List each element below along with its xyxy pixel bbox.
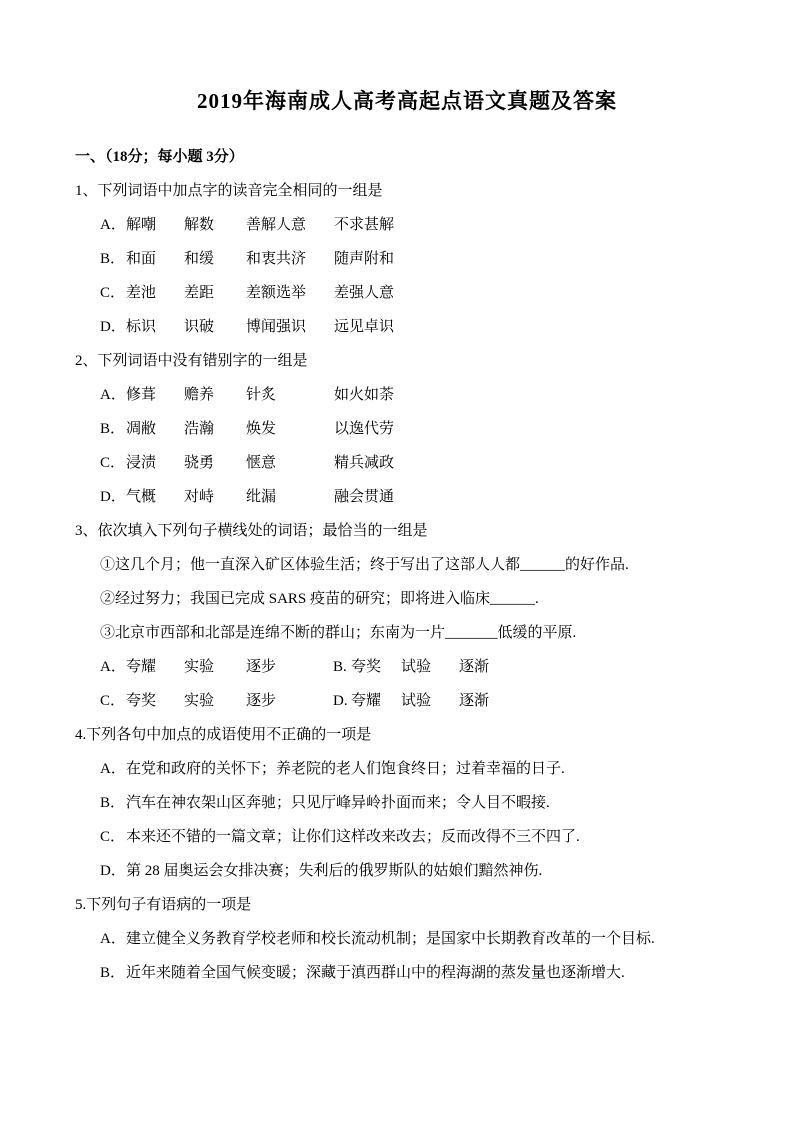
question-4-option-d: D．第 28 届奥运会女排决赛；失利后的俄罗斯队的姑娘们黯然神伤. [75,854,739,888]
option-word: 差强人意 [334,285,394,301]
option-word: 差距 [184,276,246,310]
question-5-stem: 5.下列句子有语病的一项是 [75,888,739,922]
title-spacer [75,114,739,140]
option-word: 远见卓识 [334,319,394,335]
option-text: 在党和政府的关怀下；养老院的老人们饱食终日；过着幸福的日子. [126,761,565,777]
option-label: B. [333,650,351,684]
question-number: 3、 [75,523,98,539]
option-word: 以逸代劳 [334,421,394,437]
question-2-stem: 2、下列词语中没有错别字的一组是 [75,344,739,378]
question-number: 4. [75,727,86,743]
option-word: 善解人意 [246,208,334,242]
question-3-stem: 3、依次填入下列句子横线处的词语；最恰当的一组是 [75,514,739,548]
section-heading: 一、（18分；每小题 3分） [75,140,739,174]
option-word: 骁勇 [184,446,246,480]
option-word: 逐步 [246,659,276,675]
option-word: 博闻强识 [246,310,334,344]
question-text: 依次填入下列句子横线处的词语；最恰当的一组是 [98,523,428,539]
option-word: 对峙 [184,480,246,514]
question-3-options-row-ab: A．夸耀实验逐步B.夸奖试验逐渐 [75,650,739,684]
question-number: 1、 [75,183,98,199]
option-word: 试验 [401,684,459,718]
question-text: 下列各句中加点的成语使用不正确的一项是 [86,727,371,743]
question-4-stem: 4.下列各句中加点的成语使用不正确的一项是 [75,718,739,752]
question-3-sentence-2: ②经过努力；我国已完成 SARS 疫苗的研究；即将进入临床______. [75,582,739,616]
question-1-option-d: D．标识识破博闻强识远见卓识 [75,310,739,344]
option-label: A． [100,378,126,412]
option-text: 近年来随着全国气候变暖；深藏于滇西群山中的程海湖的蒸发量也逐渐增大. [126,965,625,981]
page-title: 2019年海南成人高考高起点语文真题及答案 [75,88,739,114]
option-word: 试验 [401,650,459,684]
question-5: 5.下列句子有语病的一项是 A．建立健全义务教育学校老师和校长流动机制；是国家中… [75,888,739,990]
option-word: 修葺 [126,378,184,412]
option-word: 焕发 [246,412,334,446]
option-label: B． [100,242,126,276]
question-3: 3、依次填入下列句子横线处的词语；最恰当的一组是 ①这几个月；他一直深入矿区体验… [75,514,739,718]
option-word: 和面 [126,242,184,276]
option-word: 不求甚解 [334,217,394,233]
question-3-options-row-cd: C．夸奖实验逐步D.夸耀试验逐渐 [75,684,739,718]
option-text: 第 28 届奥运会女排决赛；失利后的俄罗斯队的姑娘们黯然神伤. [126,863,542,879]
question-5-option-a: A．建立健全义务教育学校老师和校长流动机制；是国家中长期教育改革的一个目标. [75,922,739,956]
option-word: 浸渍 [126,446,184,480]
question-3-option-b: B.夸奖试验逐渐 [333,659,489,675]
question-text: 下列词语中加点字的读音完全相同的一组是 [98,183,383,199]
option-text: 本来还不错的一篇文章；让你们这样改来改去；反而改得不三不四了. [126,829,580,845]
exam-document-page: 2019年海南成人高考高起点语文真题及答案 一、（18分；每小题 3分） 1、下… [0,0,794,1123]
option-label: B． [100,786,126,820]
option-label: C． [100,684,126,718]
question-4-option-c: C．本来还不错的一篇文章；让你们这样改来改去；反而改得不三不四了. [75,820,739,854]
question-3-sentence-3: ③北京市西部和北部是连绵不断的群山；东南为一片_______低缓的平原. [75,616,739,650]
option-word: 夸奖 [351,650,401,684]
question-1-option-a: A．解嘲解数善解人意不求甚解 [75,208,739,242]
option-word: 赡养 [184,378,246,412]
option-label: C． [100,276,126,310]
question-3-option-d: D.夸耀试验逐渐 [333,693,489,709]
option-word: 融会贯通 [334,489,394,505]
option-text: 建立健全义务教育学校老师和校长流动机制；是国家中长期教育改革的一个目标. [126,931,655,947]
option-word: 夸耀 [351,684,401,718]
option-word: 随声附和 [334,251,394,267]
option-word: 纰漏 [246,480,334,514]
question-1: 1、下列词语中加点字的读音完全相同的一组是 A．解嘲解数善解人意不求甚解 B．和… [75,174,739,344]
question-4-option-a: A．在党和政府的关怀下；养老院的老人们饱食终日；过着幸福的日子. [75,752,739,786]
question-1-option-b: B．和面和缓和衷共济随声附和 [75,242,739,276]
option-label: A． [100,650,126,684]
question-2-option-a: A．修葺赡养针炙如火如荼 [75,378,739,412]
option-label: A． [100,208,126,242]
question-2: 2、下列词语中没有错别字的一组是 A．修葺赡养针炙如火如荼 B．凋敝浩瀚焕发以逸… [75,344,739,514]
option-word: 和缓 [184,242,246,276]
question-text: 下列词语中没有错别字的一组是 [98,353,308,369]
option-word: 夸奖 [126,684,184,718]
question-2-option-b: B．凋敝浩瀚焕发以逸代劳 [75,412,739,446]
question-text: 下列句子有语病的一项是 [86,897,251,913]
option-word: 标识 [126,310,184,344]
question-number: 5. [75,897,86,913]
option-word: 浩瀚 [184,412,246,446]
option-word: 如火如荼 [334,387,394,403]
option-label: D． [100,480,126,514]
option-word: 解数 [184,208,246,242]
option-word: 实验 [184,650,246,684]
question-3-option-a: A．夸耀实验逐步 [100,650,333,684]
question-1-option-c: C．差池差距差额选举差强人意 [75,276,739,310]
question-1-stem: 1、下列词语中加点字的读音完全相同的一组是 [75,174,739,208]
option-label: D. [333,684,351,718]
option-word: 气概 [126,480,184,514]
option-label: B． [100,956,126,990]
option-word: 和衷共济 [246,242,334,276]
option-word: 差额选举 [246,276,334,310]
option-word: 逐渐 [459,659,489,675]
option-word: 逐步 [246,693,276,709]
option-word: 识破 [184,310,246,344]
option-word: 针炙 [246,378,334,412]
option-word: 惬意 [246,446,334,480]
option-word: 凋敝 [126,412,184,446]
option-label: C． [100,446,126,480]
question-number: 2、 [75,353,98,369]
option-word: 差池 [126,276,184,310]
question-2-option-c: C．浸渍骁勇惬意精兵减政 [75,446,739,480]
option-word: 夸耀 [126,650,184,684]
question-4: 4.下列各句中加点的成语使用不正确的一项是 A．在党和政府的关怀下；养老院的老人… [75,718,739,888]
option-word: 实验 [184,684,246,718]
question-5-option-b: B．近年来随着全国气候变暖；深藏于滇西群山中的程海湖的蒸发量也逐渐增大. [75,956,739,990]
option-word: 解嘲 [126,208,184,242]
option-label: C． [100,820,126,854]
question-4-option-b: B．汽车在神农架山区奔驰；只见厅峰异岭扑面而来；令人目不暇接. [75,786,739,820]
question-2-option-d: D．气概对峙纰漏融会贯通 [75,480,739,514]
option-word: 逐渐 [459,693,489,709]
option-label: D． [100,310,126,344]
option-label: B． [100,412,126,446]
option-word: 精兵减政 [334,455,394,471]
option-label: A． [100,752,126,786]
question-3-sentence-1: ①这几个月；他一直深入矿区体验生活；终于写出了这部人人都______的好作品. [75,548,739,582]
question-3-option-c: C．夸奖实验逐步 [100,684,333,718]
option-text: 汽车在神农架山区奔驰；只见厅峰异岭扑面而来；令人目不暇接. [126,795,550,811]
option-label: A． [100,922,126,956]
option-label: D． [100,854,126,888]
